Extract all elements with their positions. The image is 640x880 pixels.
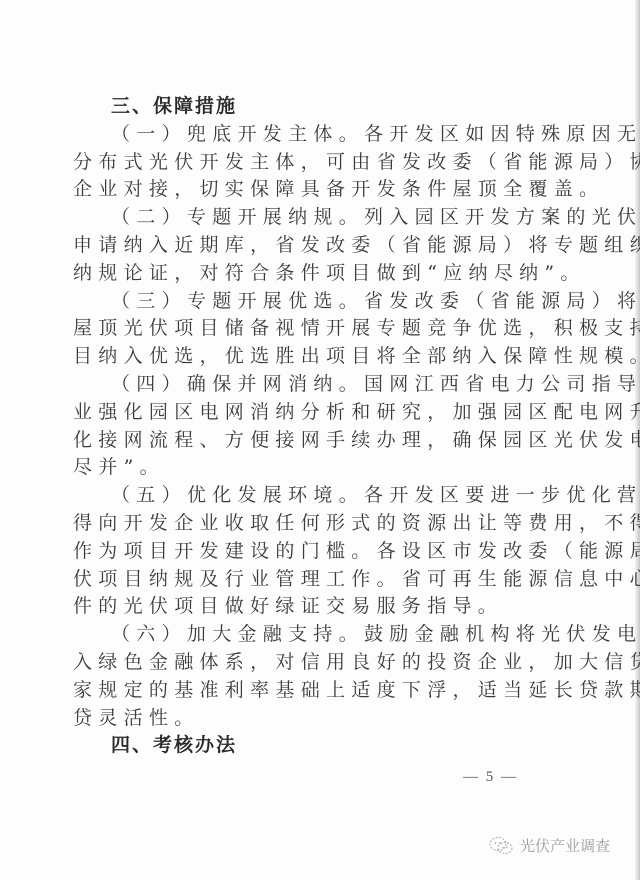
paragraph-line: 化接网流程、方便接网手续办理，确保园区光伏发电项目“能并: [73, 427, 535, 455]
paragraph-line: 得向开发企业收取任何形式的资源出让等费用，不得将配套产业: [73, 510, 535, 538]
section-heading-assessment: 四、考核办法: [73, 732, 535, 760]
paragraph-line: （四）确保并网消纳。国网江西省电力公司指导各级电网企: [73, 371, 535, 399]
paragraph-line: 分布式光伏开发主体，可由省发改委（省能源局）协调相关开发: [73, 149, 535, 177]
paragraph-6: （六）加大金融支持。鼓励金融机构将光伏发电项目开发纳 入绿色金融体系，对信用良好…: [73, 621, 535, 732]
paragraph-line: 入绿色金融体系，对信用良好的投资企业，加大信贷投放，在国: [73, 649, 535, 677]
paragraph-3: （三）专题开展优选。省发改委（省能源局）将结合开发区 屋顶光伏项目储备视情开展专…: [73, 288, 535, 371]
paragraph-line: 申请纳入近期库，省发改委（省能源局）将专题组织开展近期库: [73, 232, 535, 260]
paragraph-line: 尽并”。: [73, 454, 535, 482]
paragraph-1: （一）兜底开发主体。各开发区如因特殊原因无法确定屋顶 分布式光伏开发主体，可由省…: [73, 121, 535, 204]
watermark: 光伏产业调查: [488, 835, 610, 856]
paragraph-line: 目纳入优选，优选胜出项目将全部纳入保障性规模。: [73, 343, 535, 371]
paragraph-4: （四）确保并网消纳。国网江西省电力公司指导各级电网企 业强化园区电网消纳分析和研…: [73, 371, 535, 482]
document-body: 三、保障措施 （一）兜底开发主体。各开发区如因特殊原因无法确定屋顶 分布式光伏开…: [73, 93, 535, 760]
paragraph-line: （三）专题开展优选。省发改委（省能源局）将结合开发区: [73, 288, 535, 316]
paragraph-line: （一）兜底开发主体。各开发区如因特殊原因无法确定屋顶: [73, 121, 535, 149]
paragraph-line: 贷灵活性。: [73, 705, 535, 733]
paragraph-line: （五）优化发展环境。各开发区要进一步优化营商环境，不: [73, 482, 535, 510]
paragraph-line: 件的光伏项目做好绿证交易服务指导。: [73, 593, 535, 621]
page-number: — 5 —: [463, 769, 518, 786]
paragraph-line: 家规定的基准利率基础上适度下浮，适当延长贷款期限并给予还: [73, 677, 535, 705]
section-heading-safeguards: 三、保障措施: [73, 93, 535, 121]
paragraph-line: 企业对接，切实保障具备开发条件屋顶全覆盖。: [73, 176, 535, 204]
paragraph-line: 纳规论证，对符合条件项目做到“应纳尽纳”。: [73, 260, 535, 288]
watermark-text: 光伏产业调查: [520, 835, 610, 856]
paragraph-2: （二）专题开展纳规。列入园区开发方案的光伏项目可直接 申请纳入近期库，省发改委（…: [73, 204, 535, 287]
paragraph-line: 伏项目纳规及行业管理工作。省可再生能源信息中心要为符合条: [73, 566, 535, 594]
wechat-icon: [488, 836, 514, 856]
paragraph-line: 屋顶光伏项目储备视情开展专题竞争优选，积极支持符合条件项: [73, 315, 535, 343]
paragraph-line: 作为项目开发建设的门槛。各设区市发改委（能源局）要做好光: [73, 538, 535, 566]
paragraph-line: （二）专题开展纳规。列入园区开发方案的光伏项目可直接: [73, 204, 535, 232]
paragraph-line: 业强化园区电网消纳分析和研究，加强园区配电网升级改造，简: [73, 399, 535, 427]
paragraph-line: （六）加大金融支持。鼓励金融机构将光伏发电项目开发纳: [73, 621, 535, 649]
paragraph-5: （五）优化发展环境。各开发区要进一步优化营商环境，不 得向开发企业收取任何形式的…: [73, 482, 535, 621]
